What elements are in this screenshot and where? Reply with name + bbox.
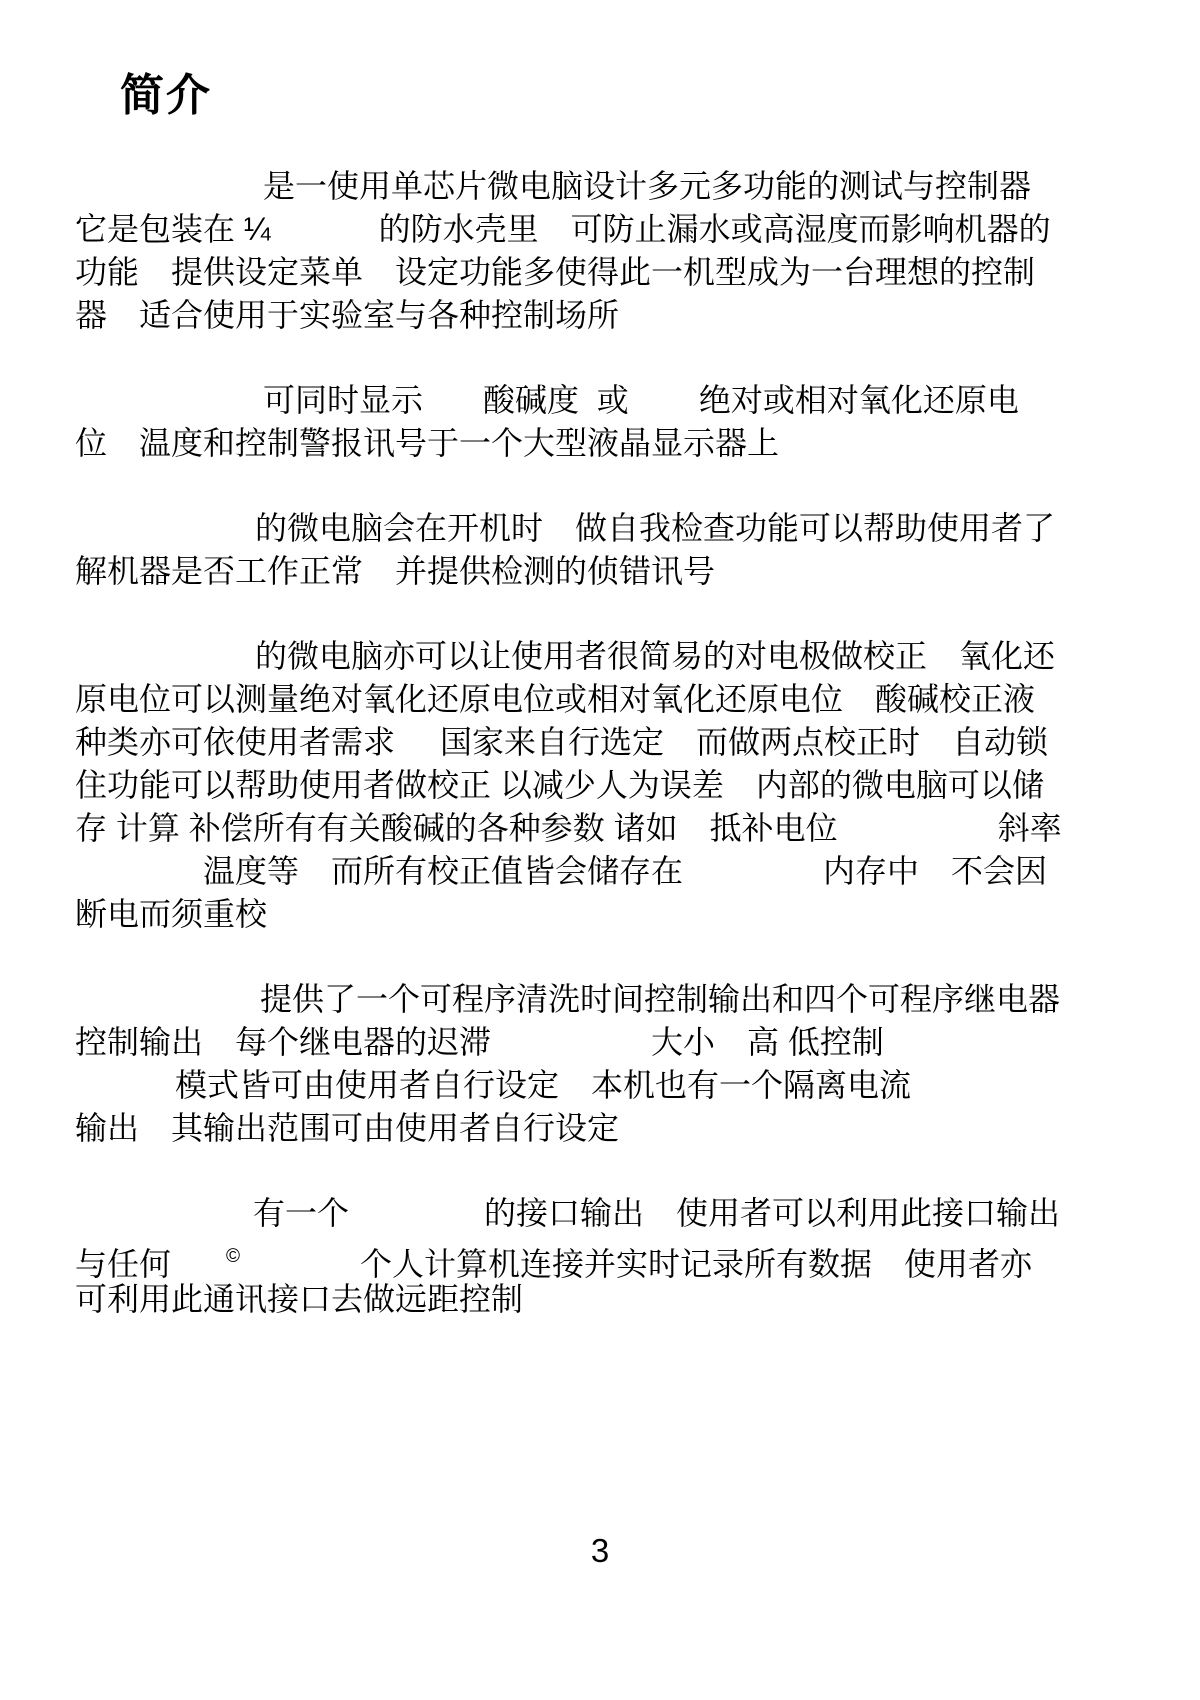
text-run: 功能 提供设定菜单 设定功能多使得此一机型成为一台理想的控制 bbox=[75, 254, 1035, 290]
text-run: 解机器是否工作正常 并提供检测的侦错讯号 bbox=[75, 553, 715, 589]
text-run: 断电而须重校 bbox=[75, 896, 267, 932]
text-run: 是一使用单芯片微电脑设计多元多功能的测试与控制器 bbox=[263, 168, 1031, 204]
text-run: 的防水壳里 可防止漏水或高湿度而影响机器的 bbox=[379, 211, 1051, 247]
redacted-gap bbox=[171, 1274, 226, 1275]
redacted-gap bbox=[395, 752, 440, 753]
text-run: 存 计算 补偿所有有关酸碱的各种参数 诸如 抵补电位 bbox=[75, 810, 838, 846]
text-line: 的微电脑会在开机时 做自我检查功能可以帮助使用者了 bbox=[75, 507, 1130, 550]
redacted-gap bbox=[75, 538, 255, 539]
paragraph: 有一个的接口输出 使用者可以利用此接口输出与任何©个人计算机连接并实时记录所有数… bbox=[75, 1192, 1130, 1321]
text-line: 断电而须重校 bbox=[75, 893, 1130, 936]
text-line: 输出 其输出范围可由使用者自行设定 bbox=[75, 1107, 1130, 1150]
text-run: 绝对或相对氧化还原电 bbox=[699, 382, 1019, 418]
text-line: 有一个的接口输出 使用者可以利用此接口输出 bbox=[75, 1192, 1130, 1235]
text-run: 可同时显示 bbox=[263, 382, 423, 418]
text-line: 温度等 而所有校正值皆会储存在内存中 不会因 bbox=[75, 850, 1130, 893]
text-line: 功能 提供设定菜单 设定功能多使得此一机型成为一台理想的控制 bbox=[75, 251, 1130, 294]
text-line: 它是包装在 ¼的防水壳里 可防止漏水或高湿度而影响机器的 bbox=[75, 208, 1130, 251]
paragraph: 是一使用单芯片微电脑设计多元多功能的测试与控制器它是包装在 ¼的防水壳里 可防止… bbox=[75, 165, 1130, 337]
text-line: 的微电脑亦可以让使用者很简易的对电极做校正 氧化还 bbox=[75, 635, 1130, 678]
redacted-gap bbox=[491, 1052, 651, 1053]
text-run: 斜率 bbox=[998, 810, 1062, 846]
text-line: 提供了一个可程序清洗时间控制输出和四个可程序继电器 bbox=[75, 978, 1130, 1021]
text-line: 住功能可以帮助使用者做校正 以减少人为误差 内部的微电脑可以储 bbox=[75, 764, 1130, 807]
text-line: 模式皆可由使用者自行设定 本机也有一个隔离电流 bbox=[75, 1064, 1130, 1107]
redacted-gap bbox=[75, 410, 263, 411]
text-run: 个人计算机连接并实时记录所有数据 使用者亦 bbox=[360, 1246, 1032, 1282]
text-line: 种类亦可依使用者需求国家来自行选定 而做两点校正时 自动锁 bbox=[75, 721, 1130, 764]
page-number: 3 bbox=[0, 1532, 1200, 1570]
text-run: 酸碱度 或 bbox=[483, 382, 629, 418]
text-run: 它是包装在 ¼ bbox=[75, 211, 271, 247]
paragraph: 可同时显示酸碱度 或绝对或相对氧化还原电位 温度和控制警报讯号于一个大型液晶显示… bbox=[75, 379, 1130, 465]
redacted-gap bbox=[838, 838, 998, 839]
text-run: 有一个 bbox=[253, 1195, 349, 1231]
redacted-gap bbox=[75, 1223, 253, 1224]
text-run: 种类亦可依使用者需求 bbox=[75, 724, 395, 760]
text-run: 器 适合使用于实验室与各种控制场所 bbox=[75, 297, 619, 333]
text-run: 位 温度和控制警报讯号于一个大型液晶显示器上 bbox=[75, 425, 779, 461]
text-line: 解机器是否工作正常 并提供检测的侦错讯号 bbox=[75, 550, 1130, 593]
redacted-gap bbox=[423, 410, 483, 411]
redacted-gap bbox=[349, 1223, 484, 1224]
text-run: 国家来自行选定 而做两点校正时 自动锁 bbox=[440, 724, 1048, 760]
document-page: 简介 是一使用单芯片微电脑设计多元多功能的测试与控制器它是包装在 ¼的防水壳里 … bbox=[0, 0, 1200, 1700]
redacted-gap bbox=[75, 1009, 260, 1010]
text-run: 大小 高 低控制 bbox=[651, 1024, 884, 1060]
text-run: 温度等 而所有校正值皆会储存在 bbox=[203, 853, 683, 889]
redacted-gap bbox=[240, 1274, 360, 1275]
text-run: © bbox=[226, 1246, 240, 1267]
text-run: 输出 其输出范围可由使用者自行设定 bbox=[75, 1110, 619, 1146]
text-line: 器 适合使用于实验室与各种控制场所 bbox=[75, 294, 1130, 337]
redacted-gap bbox=[683, 881, 823, 882]
text-line: 是一使用单芯片微电脑设计多元多功能的测试与控制器 bbox=[75, 165, 1130, 208]
text-run: 的微电脑会在开机时 做自我检查功能可以帮助使用者了 bbox=[255, 510, 1055, 546]
redacted-gap bbox=[629, 410, 699, 411]
paragraph: 的微电脑亦可以让使用者很简易的对电极做校正 氧化还原电位可以测量绝对氧化还原电位… bbox=[75, 635, 1130, 936]
text-line: 可同时显示酸碱度 或绝对或相对氧化还原电 bbox=[75, 379, 1130, 422]
text-run: 模式皆可由使用者自行设定 本机也有一个隔离电流 bbox=[175, 1067, 911, 1103]
text-line: 控制输出 每个继电器的迟滞大小 高 低控制 bbox=[75, 1021, 1130, 1064]
redacted-gap bbox=[75, 881, 203, 882]
page-title: 简介 bbox=[120, 70, 1130, 123]
paragraph: 提供了一个可程序清洗时间控制输出和四个可程序继电器控制输出 每个继电器的迟滞大小… bbox=[75, 978, 1130, 1150]
text-line: 原电位可以测量绝对氧化还原电位或相对氧化还原电位 酸碱校正液 bbox=[75, 678, 1130, 721]
text-line: 可利用此通讯接口去做远距控制 bbox=[75, 1278, 1130, 1321]
text-run: 提供了一个可程序清洗时间控制输出和四个可程序继电器 bbox=[260, 981, 1060, 1017]
text-run: 内存中 不会因 bbox=[823, 853, 1047, 889]
text-line: 与任何©个人计算机连接并实时记录所有数据 使用者亦 bbox=[75, 1235, 1130, 1278]
document-body: 是一使用单芯片微电脑设计多元多功能的测试与控制器它是包装在 ¼的防水壳里 可防止… bbox=[75, 165, 1130, 1321]
text-line: 位 温度和控制警报讯号于一个大型液晶显示器上 bbox=[75, 422, 1130, 465]
redacted-gap bbox=[75, 666, 255, 667]
paragraph: 的微电脑会在开机时 做自我检查功能可以帮助使用者了解机器是否工作正常 并提供检测… bbox=[75, 507, 1130, 593]
text-run: 可利用此通讯接口去做远距控制 bbox=[75, 1281, 523, 1317]
text-run: 的微电脑亦可以让使用者很简易的对电极做校正 氧化还 bbox=[255, 638, 1055, 674]
text-run: 住功能可以帮助使用者做校正 以减少人为误差 内部的微电脑可以储 bbox=[75, 767, 1044, 803]
text-run: 原电位可以测量绝对氧化还原电位或相对氧化还原电位 酸碱校正液 bbox=[75, 681, 1035, 717]
text-run: 的接口输出 使用者可以利用此接口输出 bbox=[484, 1195, 1060, 1231]
text-line: 存 计算 补偿所有有关酸碱的各种参数 诸如 抵补电位斜率 bbox=[75, 807, 1130, 850]
redacted-gap bbox=[271, 239, 379, 240]
text-run: 控制输出 每个继电器的迟滞 bbox=[75, 1024, 491, 1060]
text-run: 与任何 bbox=[75, 1246, 171, 1282]
redacted-gap bbox=[75, 1095, 175, 1096]
redacted-gap bbox=[75, 196, 263, 197]
